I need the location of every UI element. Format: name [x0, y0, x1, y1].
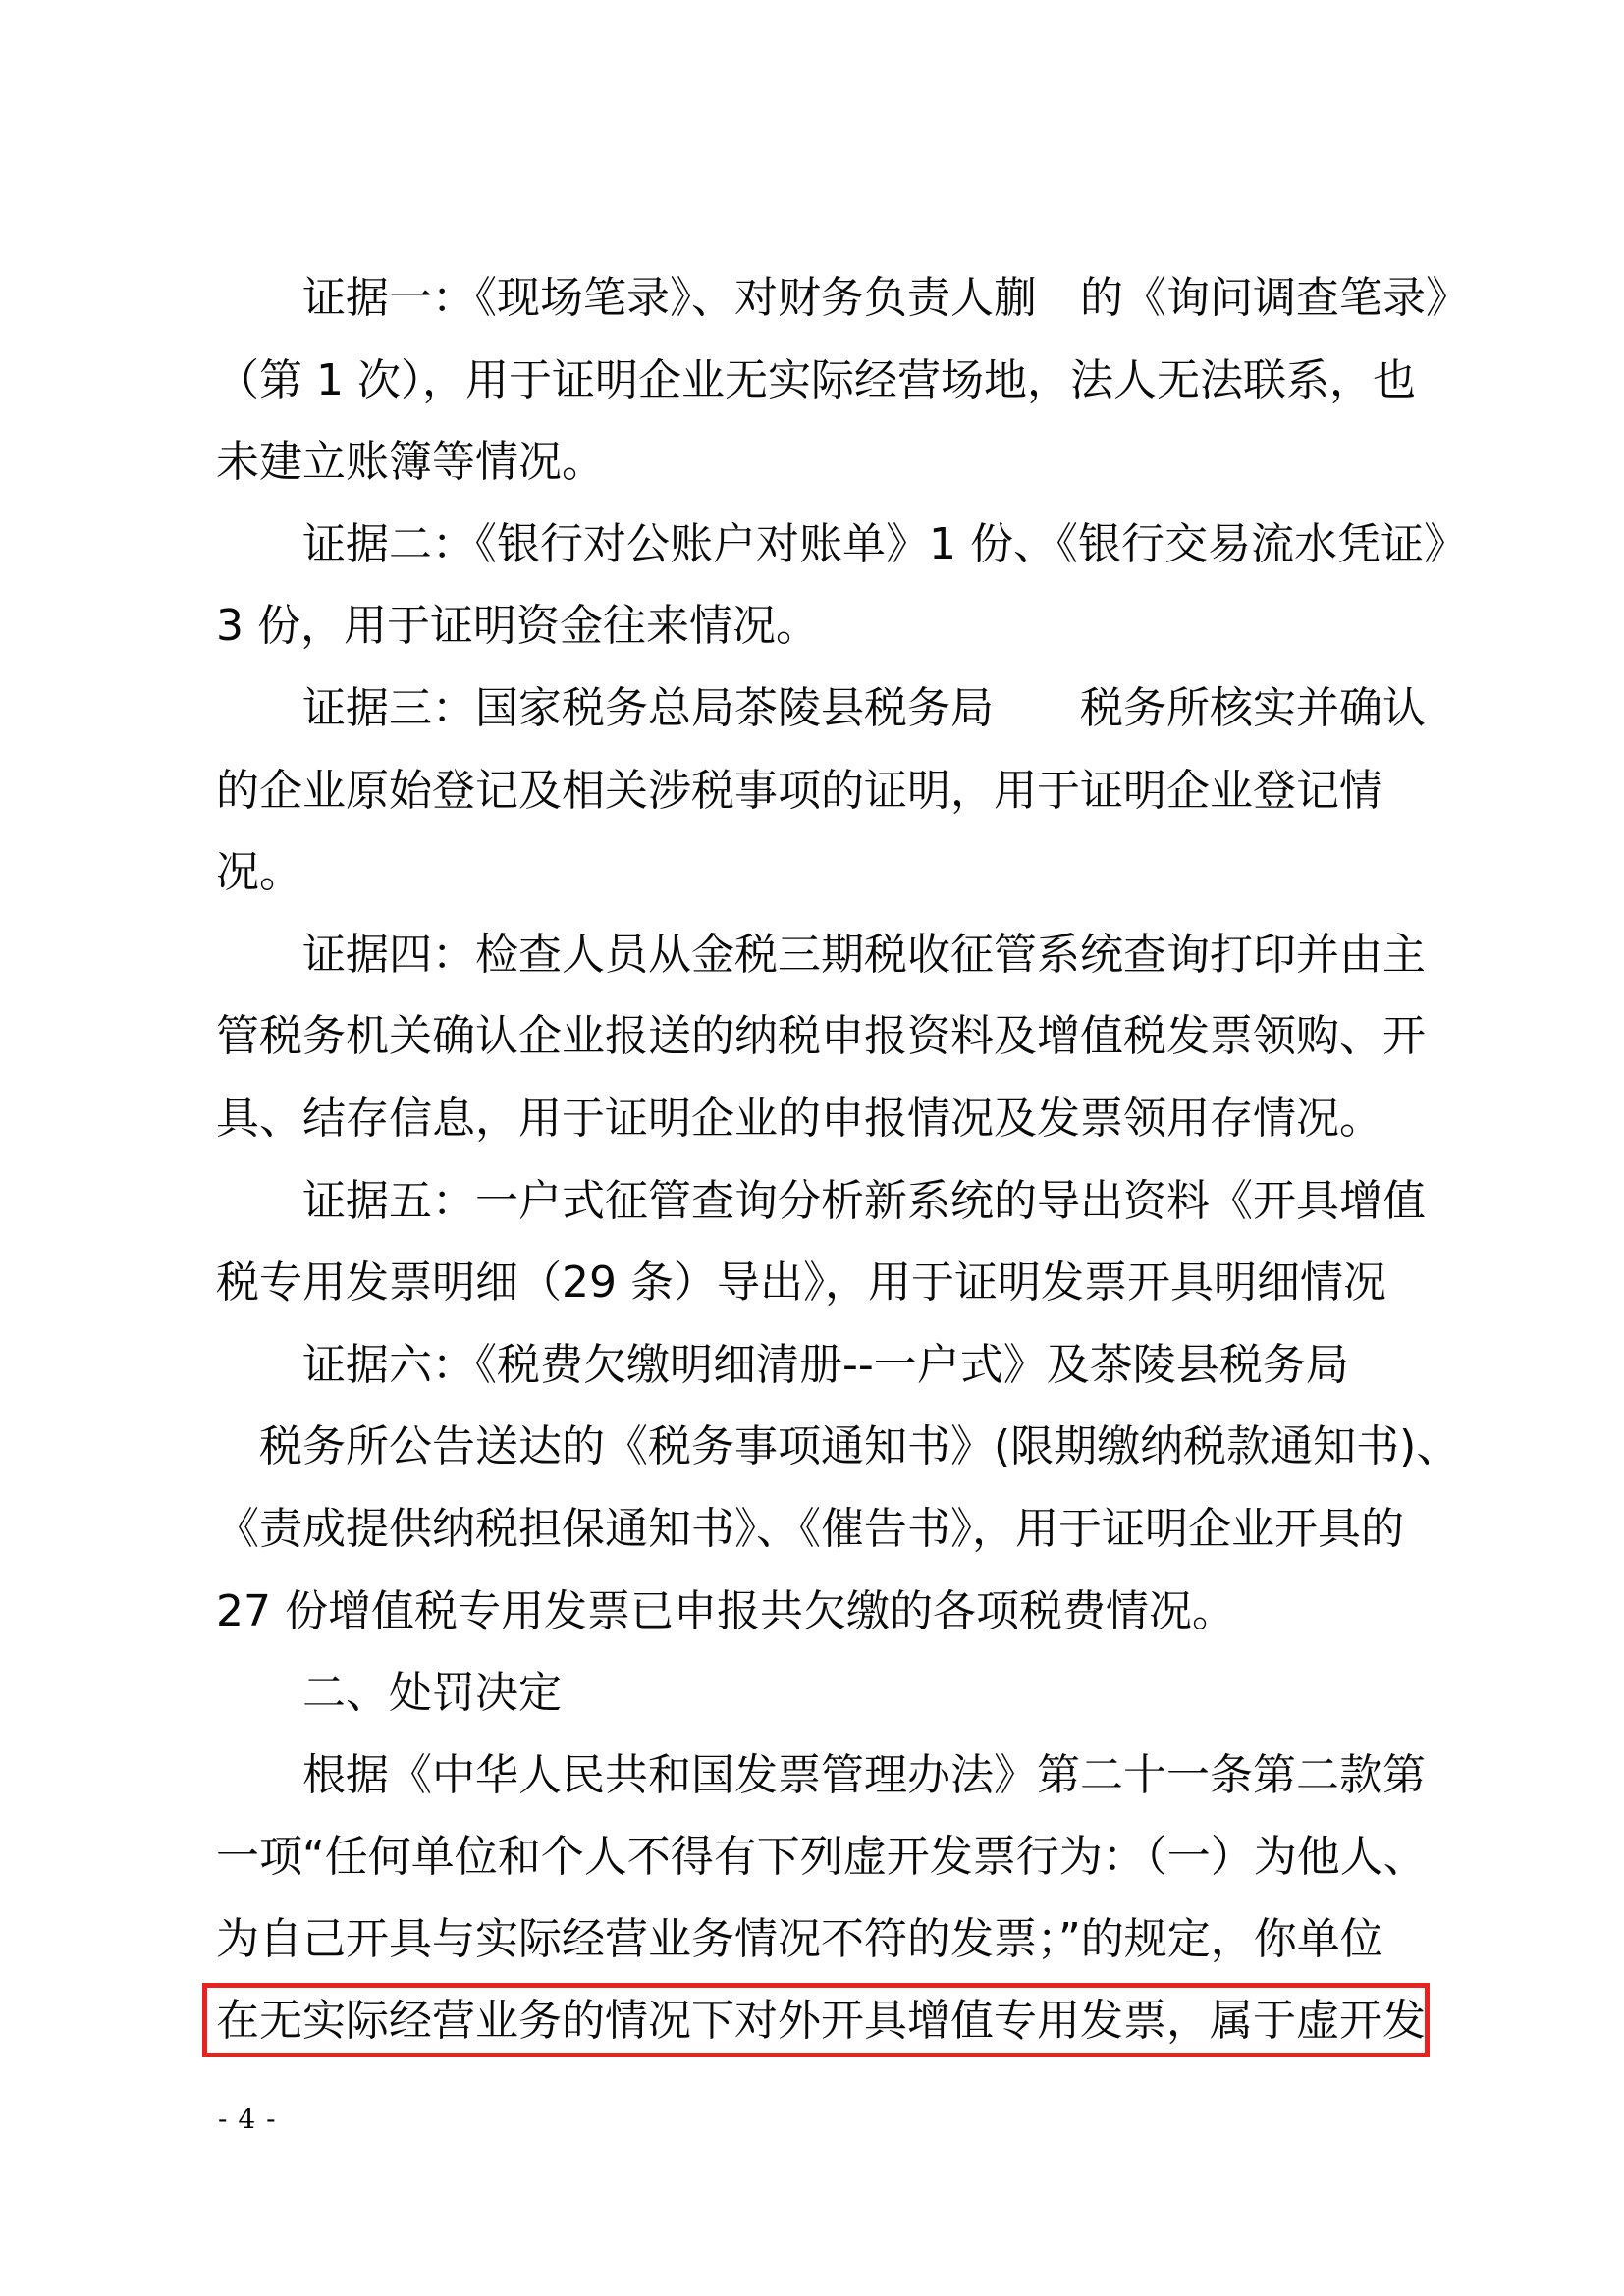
- document-line: 证据六：《税费欠缴明细清册--一户式》及茶陵县税务局: [216, 1324, 1426, 1407]
- highlighted-line-text: 在无实际经营业务的情况下对外开具增值专用发票，属于虚开发: [216, 1996, 1426, 2046]
- document-line: 的企业原始登记及相关涉税事项的证明，用于证明企业登记情: [216, 750, 1426, 832]
- document-line: 况。: [216, 831, 1426, 914]
- document-line: 为自己开具与实际经营业务情况不符的发票；”的规定，你单位: [216, 1898, 1426, 1981]
- document-line: 证据四：检查人员从金税三期税收征管系统查询打印并由主: [216, 914, 1426, 996]
- document-line: 《责成提供纳税担保通知书》、《催告书》，用于证明企业开具的: [216, 1488, 1426, 1571]
- document-line: 税务所公告送达的《税务事项通知书》(限期缴纳税款通知书)、: [216, 1406, 1426, 1488]
- document-page: 证据一：《现场笔录》、对财务负责人蒯 的《询问调查笔录》 （第 1 次），用于证…: [0, 0, 1624, 2296]
- document-line: 证据一：《现场笔录》、对财务负责人蒯 的《询问调查笔录》: [216, 257, 1426, 340]
- document-line: 税专用发票明细（29 条）导出》，用于证明发票开具明细情况: [216, 1242, 1426, 1324]
- document-line: 具、结存信息，用于证明企业的申报情况及发票领用存情况。: [216, 1078, 1426, 1160]
- document-line: 3 份，用于证明资金往来情况。: [216, 585, 1426, 667]
- document-line: 证据五：一户式征管查询分析新系统的导出资料《开具增值: [216, 1160, 1426, 1243]
- document-line: 未建立账簿等情况。: [216, 421, 1426, 504]
- section-heading-line: 二、处罚决定: [216, 1652, 1426, 1735]
- document-line: 一项“任何单位和个人不得有下列虚开发票行为：（一）为他人、: [216, 1816, 1426, 1898]
- document-line: 证据三：国家税务总局茶陵县税务局 税务所核实并确认: [216, 667, 1426, 750]
- page-number: - 4 -: [218, 2103, 277, 2136]
- highlighted-line: 在无实际经营业务的情况下对外开具增值专用发票，属于虚开发: [216, 1980, 1426, 2062]
- document-line: 27 份增值税专用发票已申报共欠缴的各项税费情况。: [216, 1571, 1426, 1653]
- document-line: （第 1 次），用于证明企业无实际经营场地，法人无法联系，也: [216, 340, 1426, 422]
- document-text-block: 证据一：《现场笔录》、对财务负责人蒯 的《询问调查笔录》 （第 1 次），用于证…: [216, 257, 1426, 2062]
- document-line: 管税务机关确认企业报送的纳税申报资料及增值税发票领购、开: [216, 995, 1426, 1078]
- document-line: 根据《中华人民共和国发票管理办法》第二十一条第二款第: [216, 1735, 1426, 1817]
- document-line: 证据二：《银行对公账户对账单》1 份、《银行交易流水凭证》: [216, 504, 1426, 586]
